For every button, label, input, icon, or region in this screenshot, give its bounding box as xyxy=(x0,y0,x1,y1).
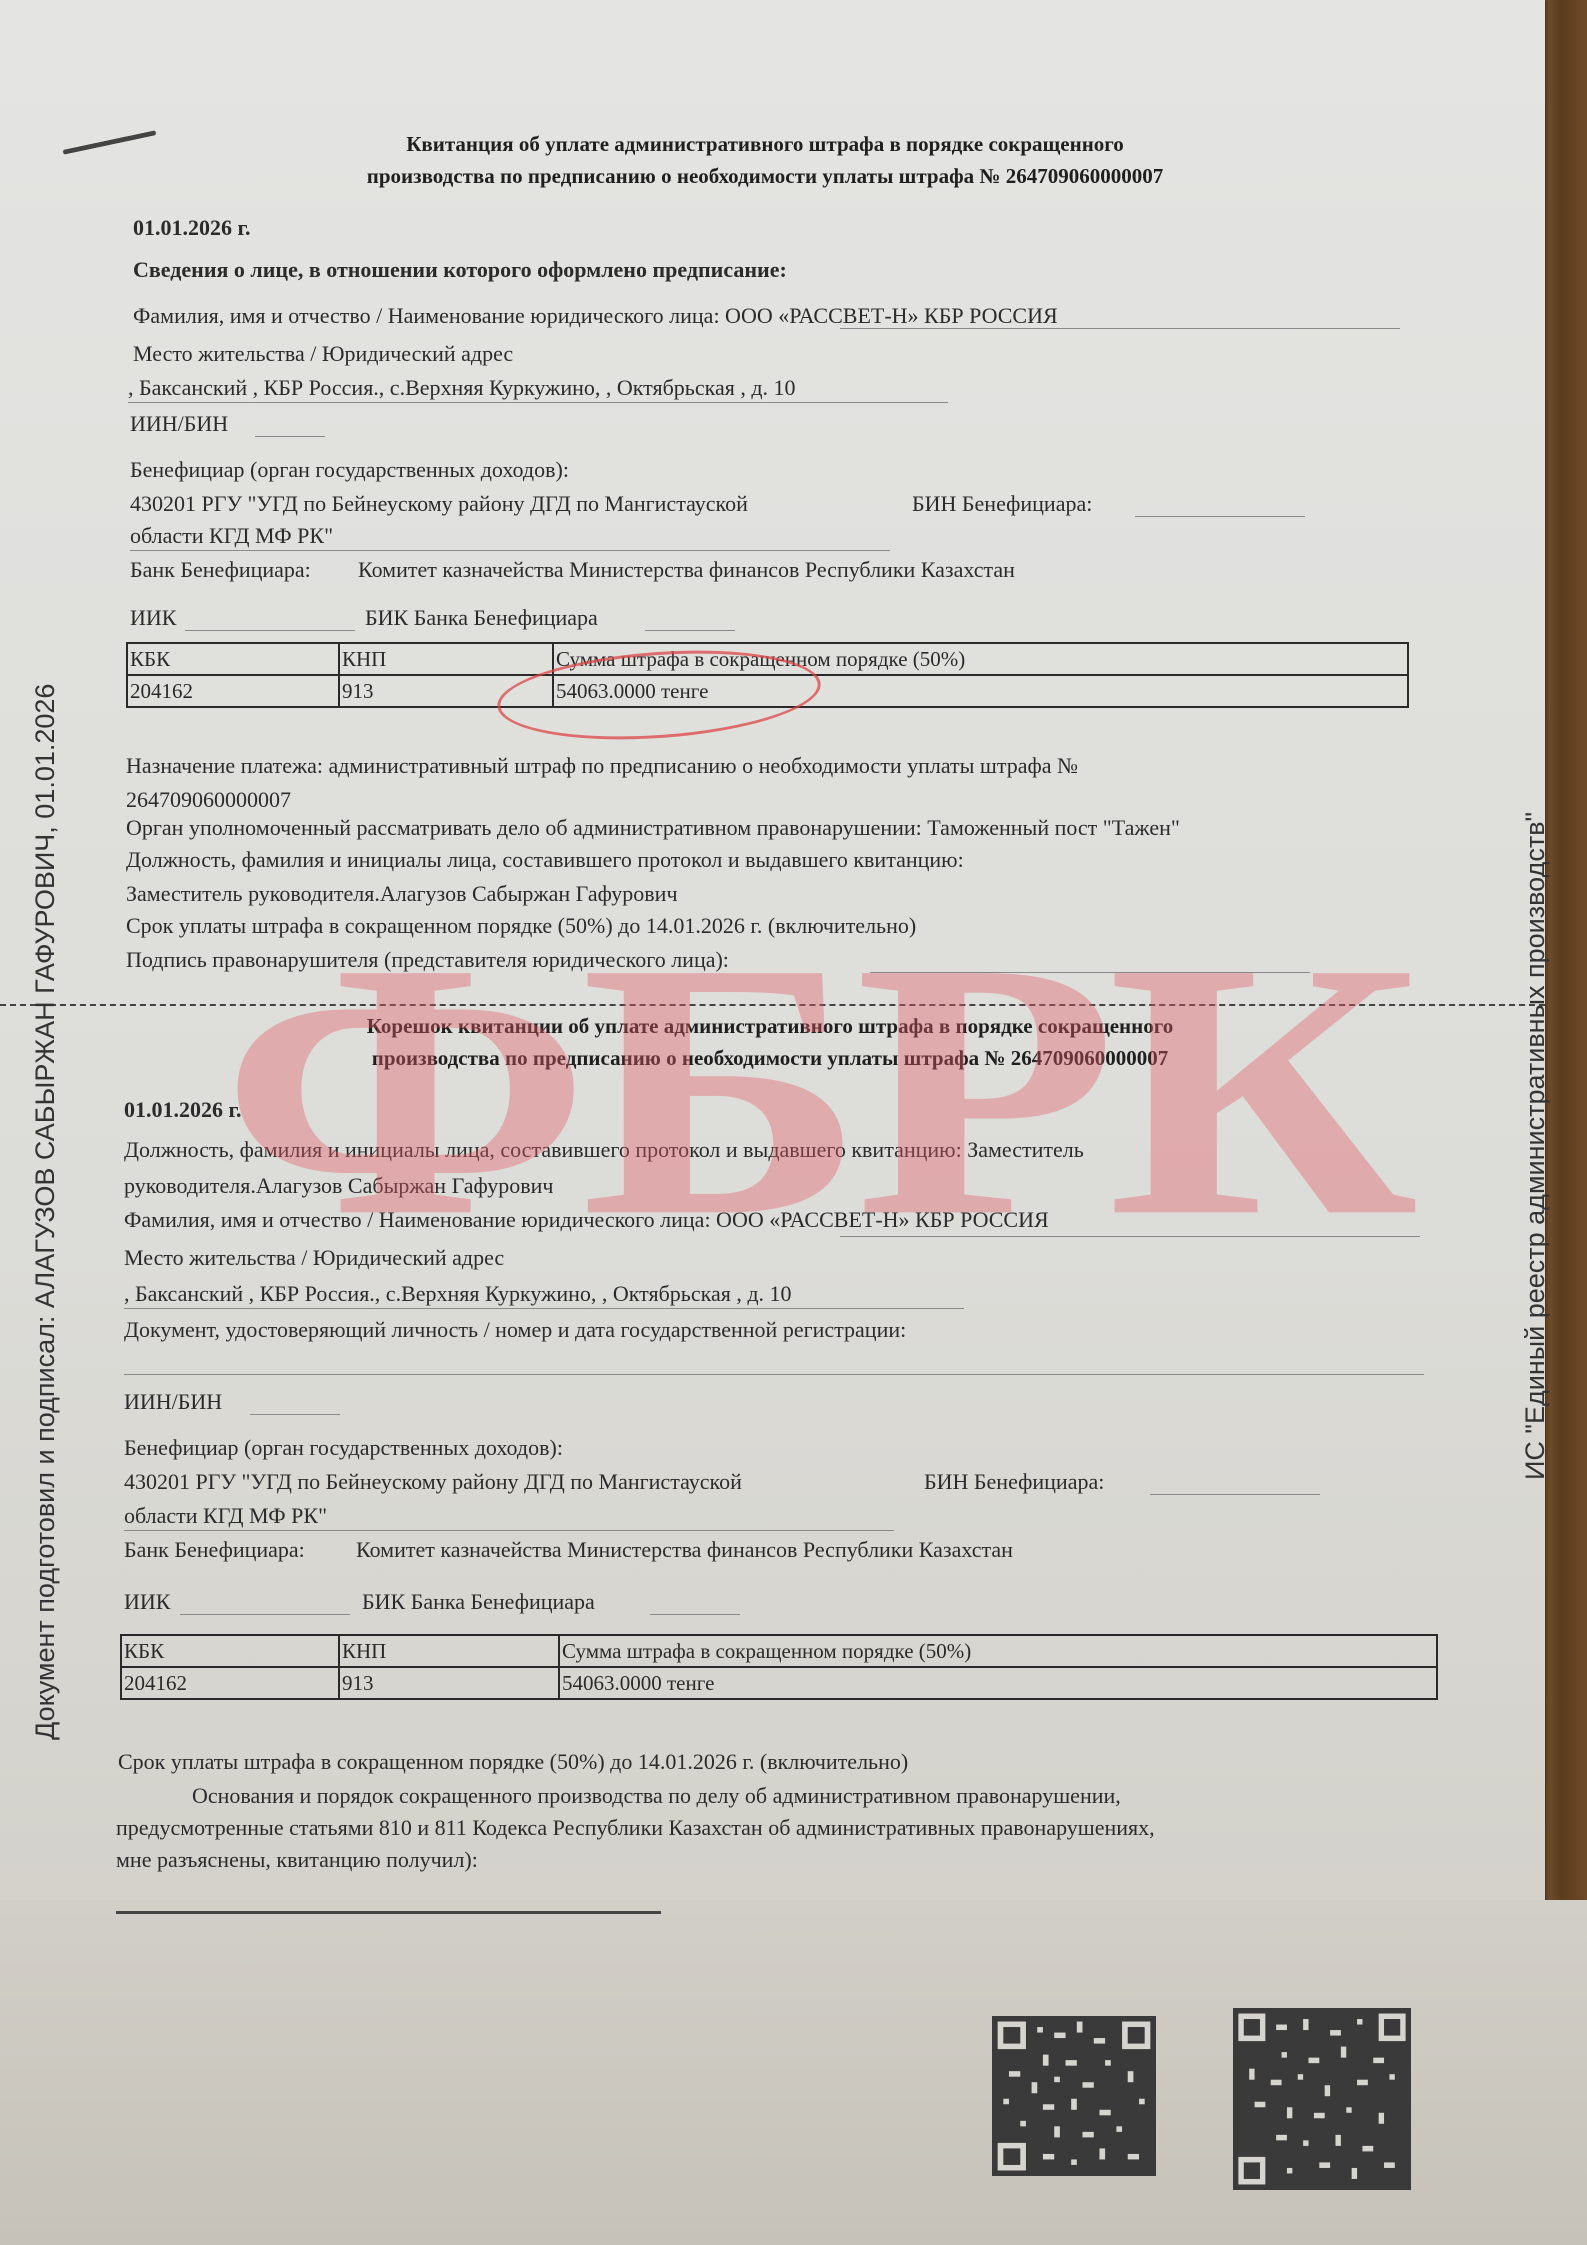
underline xyxy=(128,402,948,403)
payment-purpose-line1: Назначение платежа: административный штр… xyxy=(126,752,1078,780)
stub-iin-bin-label: ИИН/БИН xyxy=(124,1388,222,1416)
stub-address-label: Место жительства / Юридический адрес xyxy=(124,1244,504,1272)
stub-address-value: , Баксанский , КБР Россия., с.Верхняя Ку… xyxy=(124,1280,792,1308)
receipt-title-line2: производства по предписанию о необходимо… xyxy=(250,160,1280,192)
beneficiary-line1: 430201 РГУ "УГД по Бейнеускому району ДГ… xyxy=(130,490,748,518)
header-kbk: КБК xyxy=(127,643,339,675)
stub-iin-bin-blank xyxy=(250,1414,340,1415)
stub-payment-table: КБК КНП Сумма штрафа в сокращенном поряд… xyxy=(120,1634,1438,1700)
table-header-row: КБК КНП Сумма штрафа в сокращенном поряд… xyxy=(121,1635,1437,1667)
stub-title-line2: производства по предписанию о необходимо… xyxy=(240,1042,1300,1074)
cell-knp: 913 xyxy=(339,1667,559,1699)
qr-code-right xyxy=(1233,2008,1411,2190)
stub-officer-line1: Должность, фамилия и инициалы лица, сост… xyxy=(124,1136,1084,1164)
underline xyxy=(124,1308,964,1309)
officer-value: Заместитель руководителя.Алагузов Сабырж… xyxy=(126,880,678,908)
receipt-date: 01.01.2026 г. xyxy=(133,214,251,242)
stub-bik-label: БИК Банка Бенефициара xyxy=(362,1588,595,1616)
person-section-title: Сведения о лице, в отношении которого оф… xyxy=(133,256,787,284)
header-amount: Сумма штрафа в сокращенном порядке (50%) xyxy=(559,1635,1437,1667)
acknowledgement-line2: предусмотренные статьями 810 и 811 Кодек… xyxy=(116,1814,1155,1842)
bik-label: БИК Банка Бенефициара xyxy=(365,604,598,632)
qr-code-left xyxy=(992,2016,1156,2176)
stub-beneficiary-bin-label: БИН Бенефициара: xyxy=(924,1468,1104,1496)
cut-line xyxy=(0,1004,1545,1006)
bank-label: Банк Бенефициара: xyxy=(130,556,311,584)
stub-officer-line2: руководителя.Алагузов Сабыржан Гафурович xyxy=(124,1172,553,1200)
right-margin-text: ИС "Единый реестр административных произ… xyxy=(1520,812,1551,1480)
stub-bik-blank xyxy=(650,1614,740,1615)
beneficiary-bin-blank xyxy=(1135,516,1305,517)
bik-blank xyxy=(645,630,735,631)
iik-label: ИИК xyxy=(130,604,176,632)
cell-amount: 54063.0000 тенге xyxy=(559,1667,1437,1699)
beneficiary-line2: области КГД МФ РК" xyxy=(130,522,333,550)
stub-beneficiary-bin-blank xyxy=(1150,1494,1320,1495)
stub-person-name: Фамилия, имя и отчество / Наименование ю… xyxy=(124,1206,1049,1234)
header-kbk: КБК xyxy=(121,1635,339,1667)
signature-label: Подпись правонарушителя (представителя ю… xyxy=(126,946,729,974)
stub-deadline: Срок уплаты штрафа в сокращенном порядке… xyxy=(118,1748,908,1776)
signature-blank xyxy=(870,972,1310,973)
payment-purpose-line2: 264709060000007 xyxy=(126,786,291,814)
cell-kbk: 204162 xyxy=(127,675,339,707)
cell-kbk: 204162 xyxy=(121,1667,339,1699)
beneficiary-label: Бенефициар (орган государственных доходо… xyxy=(130,456,569,484)
authority: Орган уполномоченный рассматривать дело … xyxy=(126,814,1180,842)
receipt-title: Квитанция об уплате административного шт… xyxy=(250,128,1280,192)
bank-value: Комитет казначейства Министерства финанс… xyxy=(358,556,1015,584)
iin-bin-blank xyxy=(255,436,325,437)
stub-beneficiary-line1: 430201 РГУ "УГД по Бейнеускому району ДГ… xyxy=(124,1468,742,1496)
stub-title-line1: Корешок квитанции об уплате администрати… xyxy=(240,1010,1300,1042)
address-value: , Баксанский , КБР Россия., с.Верхняя Ку… xyxy=(128,374,796,402)
underline xyxy=(130,550,890,551)
acknowledgement-line1: Основания и порядок сокращенного произво… xyxy=(192,1782,1121,1810)
left-margin-signature: Документ подготовил и подписал: АЛАГУЗОВ… xyxy=(0,0,60,1740)
header-knp: КНП xyxy=(339,1635,559,1667)
left-margin-text: Документ подготовил и подписал: АЛАГУЗОВ… xyxy=(30,684,61,1740)
stub-beneficiary-label: Бенефициар (орган государственных доходо… xyxy=(124,1434,563,1462)
underline xyxy=(840,328,1400,329)
underline xyxy=(840,1236,1420,1237)
stub-iik-label: ИИК xyxy=(124,1588,170,1616)
stub-iik-blank xyxy=(180,1614,350,1615)
iin-bin-label: ИИН/БИН xyxy=(130,410,228,438)
receipt-title-line1: Квитанция об уплате административного шт… xyxy=(250,128,1280,160)
stub-id-document-label: Документ, удостоверяющий личность / номе… xyxy=(124,1316,906,1344)
officer-label: Должность, фамилия и инициалы лица, сост… xyxy=(126,846,964,874)
id-document-blank xyxy=(124,1374,1424,1375)
stub-bank-value: Комитет казначейства Министерства финанс… xyxy=(356,1536,1013,1564)
receipt-deadline: Срок уплаты штрафа в сокращенном порядке… xyxy=(126,912,916,940)
address-label: Место жительства / Юридический адрес xyxy=(133,340,513,368)
stub-title: Корешок квитанции об уплате администрати… xyxy=(240,1010,1300,1074)
beneficiary-bin-label: БИН Бенефициара: xyxy=(912,490,1092,518)
table-row: 204162 913 54063.0000 тенге xyxy=(121,1667,1437,1699)
stub-beneficiary-line2: области КГД МФ РК" xyxy=(124,1502,327,1530)
acknowledgement-line3: мне разъяснены, квитанцию получил): xyxy=(116,1846,478,1874)
underline xyxy=(124,1530,894,1531)
acknowledgement-signature-line xyxy=(116,1911,661,1914)
stub-date: 01.01.2026 г. xyxy=(124,1096,242,1124)
iik-blank xyxy=(185,630,355,631)
header-knp: КНП xyxy=(339,643,553,675)
stub-bank-label: Банк Бенефициара: xyxy=(124,1536,305,1564)
person-name: Фамилия, имя и отчество / Наименование ю… xyxy=(133,302,1058,330)
